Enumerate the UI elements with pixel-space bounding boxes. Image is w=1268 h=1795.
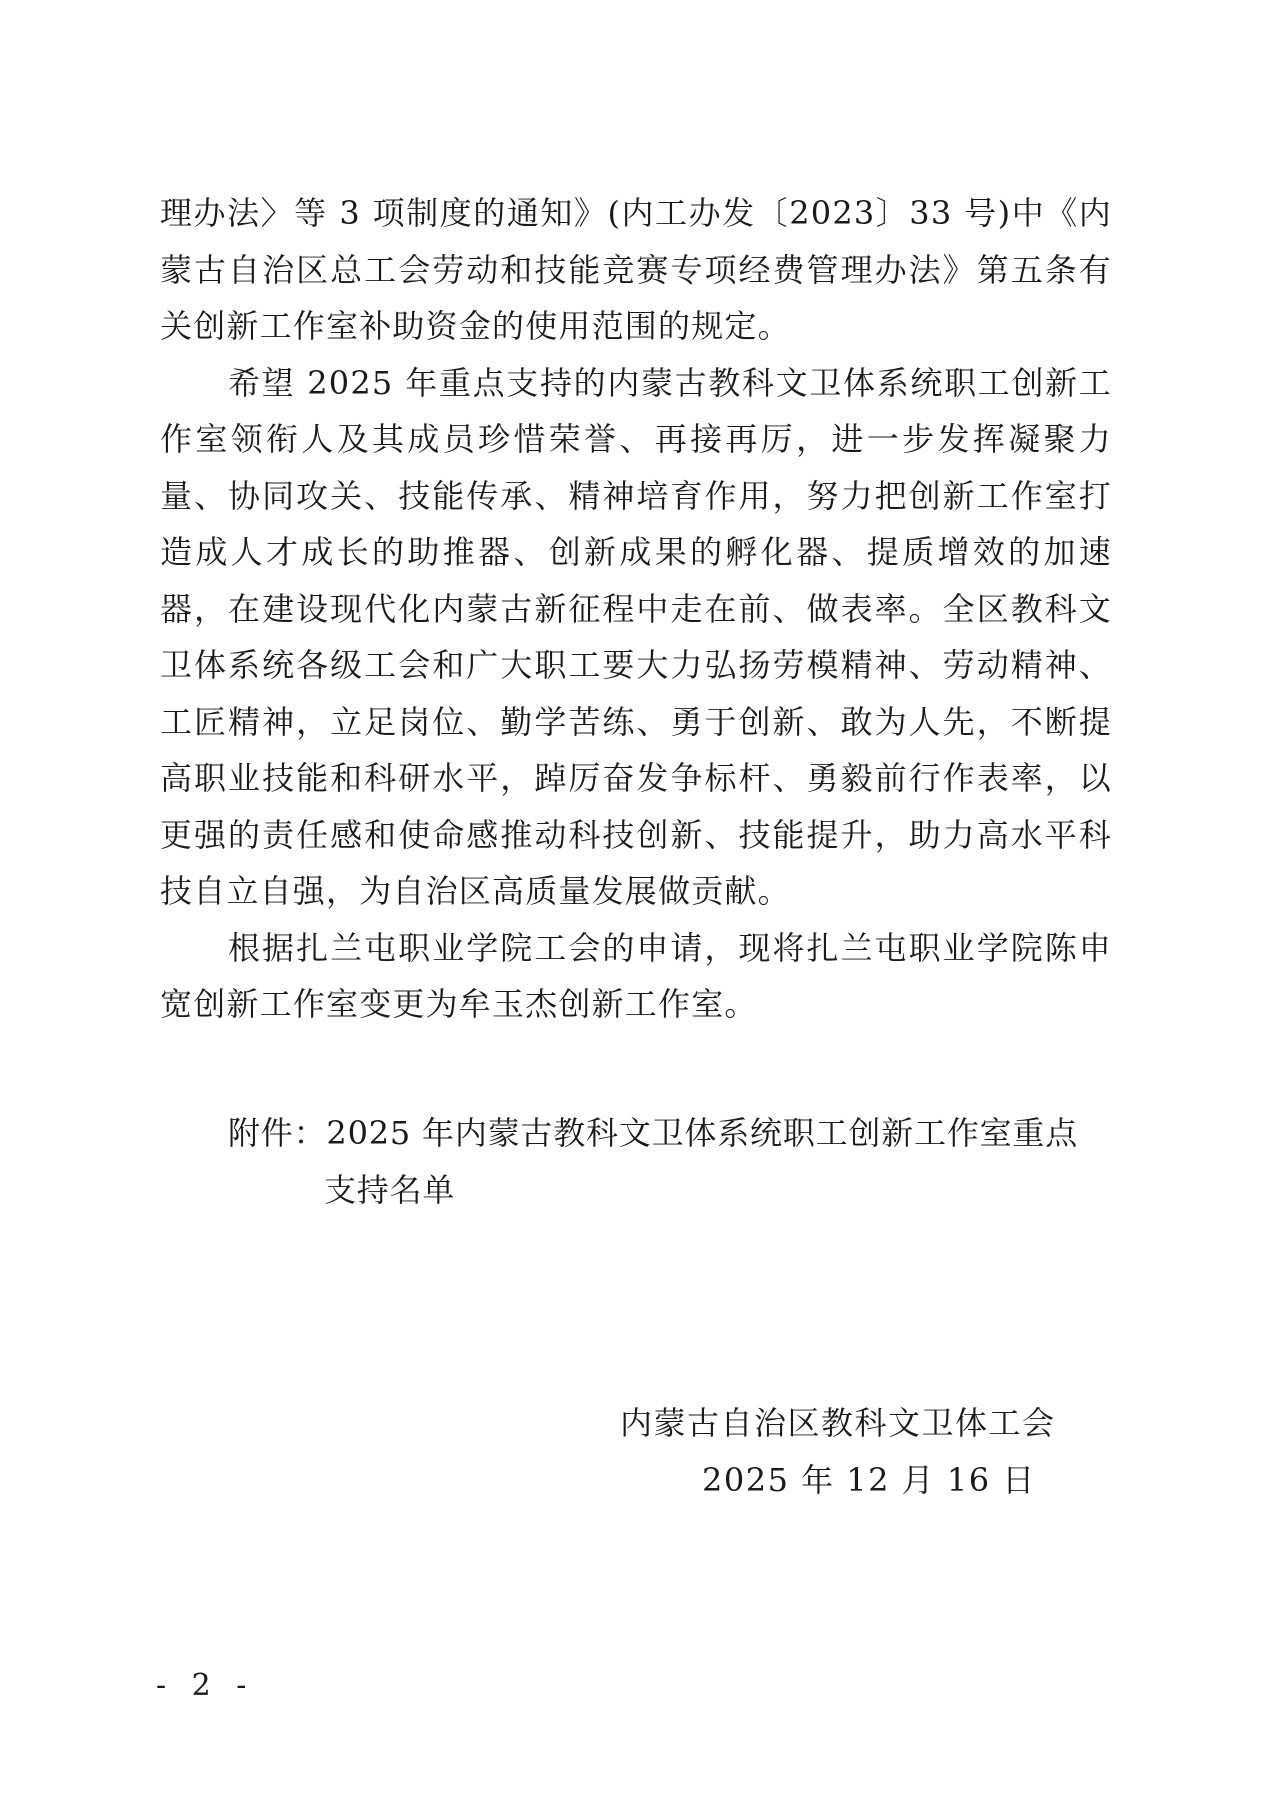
paragraph-studio-change: 根据扎兰屯职业学院工会的申请，现将扎兰屯职业学院陈申宽创新工作室变更为牟玉杰创新…: [160, 920, 1112, 1033]
paragraph-expectations: 希望 2025 年重点支持的内蒙古教科文卫体系统职工创新工作室领衔人及其成员珍惜…: [160, 355, 1112, 920]
page-number: - 2 -: [156, 1668, 254, 1703]
signature-block: 内蒙古自治区教科文卫体工会 2025 年 12 月 16 日: [620, 1395, 1100, 1509]
document-page: 理办法〉等 3 项制度的通知》(内工办发〔2023〕33 号)中《内蒙古自治区总…: [0, 0, 1268, 1795]
attachment-label: 附件：: [228, 1114, 326, 1152]
issuing-organization: 内蒙古自治区教科文卫体工会: [620, 1395, 1100, 1452]
attachment-title-line1: 2025 年内蒙古教科文卫体系统职工创新工作室重点: [326, 1114, 1078, 1152]
paragraph-regulation-reference: 理办法〉等 3 项制度的通知》(内工办发〔2023〕33 号)中《内蒙古自治区总…: [160, 185, 1112, 355]
issue-date: 2025 年 12 月 16 日: [620, 1452, 1100, 1509]
document-body: 理办法〉等 3 项制度的通知》(内工办发〔2023〕33 号)中《内蒙古自治区总…: [160, 185, 1112, 1033]
attachment-note: 附件：2025 年内蒙古教科文卫体系统职工创新工作室重点 支持名单: [228, 1105, 1108, 1218]
attachment-title-line2: 支持名单: [228, 1162, 1108, 1219]
